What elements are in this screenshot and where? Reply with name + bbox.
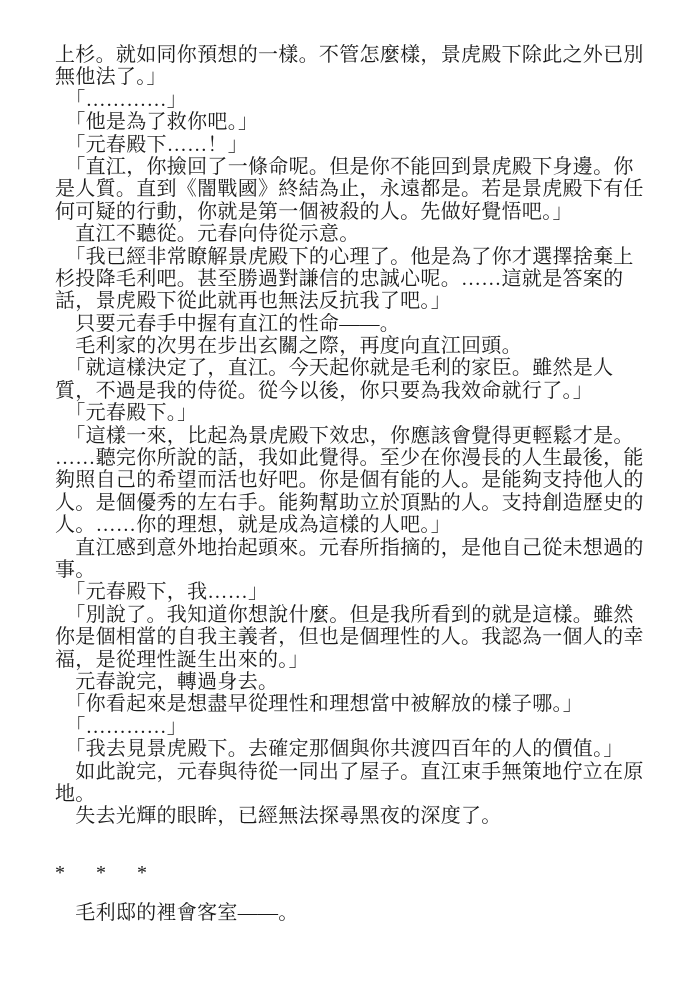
text-line: ……聽完你所說的話，我如此覺得。至少在你漫長的人生最後，能 [55,447,646,469]
text-line: 如此說完，元春與待從一同出了屋子。直江束手無策地佇立在原 [55,761,646,783]
text-line: 你是個相當的自我主義者，但也是個理性的人。我認為一個人的幸 [55,626,646,648]
text-line: 事。 [55,559,646,581]
text-line: 話，景虎殿下從此就再也無法反抗我了吧。」 [55,290,646,312]
text-line: 直江感到意外地抬起頭來。元春所指摘的，是他自己從未想過的 [55,537,646,559]
section-divider: * * * [55,862,646,884]
text-line: 「他是為了救你吧。」 [55,111,646,133]
text-line: 何可疑的行動，你就是第一個被殺的人。先做好覺悟吧。」 [55,201,646,223]
text-line: 夠照自己的希望而活也好吧。你是個有能的人。是能夠支持他人的 [55,469,646,491]
text-line: 「…………」 [55,716,646,738]
text-line: 「你看起來是想盡早從理性和理想當中被解放的樣子哪。」 [55,693,646,715]
text-line: 「…………」 [55,89,646,111]
text-line: 地。 [55,783,646,805]
text-line: 毛利家的次男在步出玄關之際，再度向直江回頭。 [55,335,646,357]
text-line: 失去光輝的眼眸，已經無法探尋黑夜的深度了。 [55,805,646,827]
text-line: 上杉。就如同你預想的一樣。不管怎麼樣，景虎殿下除此之外已別 [55,44,646,66]
text-line: 無他法了。」 [55,66,646,88]
text-line: 毛利邸的裡會客室——。 [55,902,646,924]
book-page: 上杉。就如同你預想的一樣。不管怎麼樣，景虎殿下除此之外已別無他法了。」 「………… [0,0,700,993]
text-line: 質，不過是我的侍從。從今以後，你只要為我效命就行了。」 [55,380,646,402]
text-line: 「元春殿下。」 [55,402,646,424]
text-line: 「元春殿下，我……」 [55,581,646,603]
text-line: 人。是個優秀的左右手。能夠幫助立於頂點的人。支持創造歷史的 [55,492,646,514]
page-text: 上杉。就如同你預想的一樣。不管怎麼樣，景虎殿下除此之外已別無他法了。」 「………… [55,44,646,828]
text-line: 「我去見景虎殿下。去確定那個與你共渡四百年的人的價值。」 [55,738,646,760]
text-line: 「直江，你撿回了一條命呢。但是你不能回到景虎殿下身邊。你 [55,156,646,178]
text-line: 「就這樣決定了，直江。今天起你就是毛利的家臣。雖然是人 [55,357,646,379]
text-line: 是人質。直到《闇戰國》終結為止，永遠都是。若是景虎殿下有任 [55,178,646,200]
text-line: 人。……你的理想，就是成為這樣的人吧。」 [55,514,646,536]
text-line: 「我已經非常瞭解景虎殿下的心理了。他是為了你才選擇捨棄上 [55,246,646,268]
text-line: 「元春殿下……！」 [55,134,646,156]
footer-text: 毛利邸的裡會客室——。 [55,902,646,924]
text-line: 元春說完，轉過身去。 [55,671,646,693]
text-line: 福，是從理性誕生出來的。」 [55,649,646,671]
text-line: 「這樣一來，比起為景虎殿下效忠，你應該會覺得更輕鬆才是。 [55,425,646,447]
text-line: 只要元春手中握有直江的性命——。 [55,313,646,335]
text-line: 「別說了。我知道你想說什麼。但是我所看到的就是這樣。雖然 [55,604,646,626]
text-line: 直江不聽從。元春向侍從示意。 [55,223,646,245]
text-line: 杉投降毛利吧。甚至勝過對謙信的忠誠心呢。……這就是答案的 [55,268,646,290]
